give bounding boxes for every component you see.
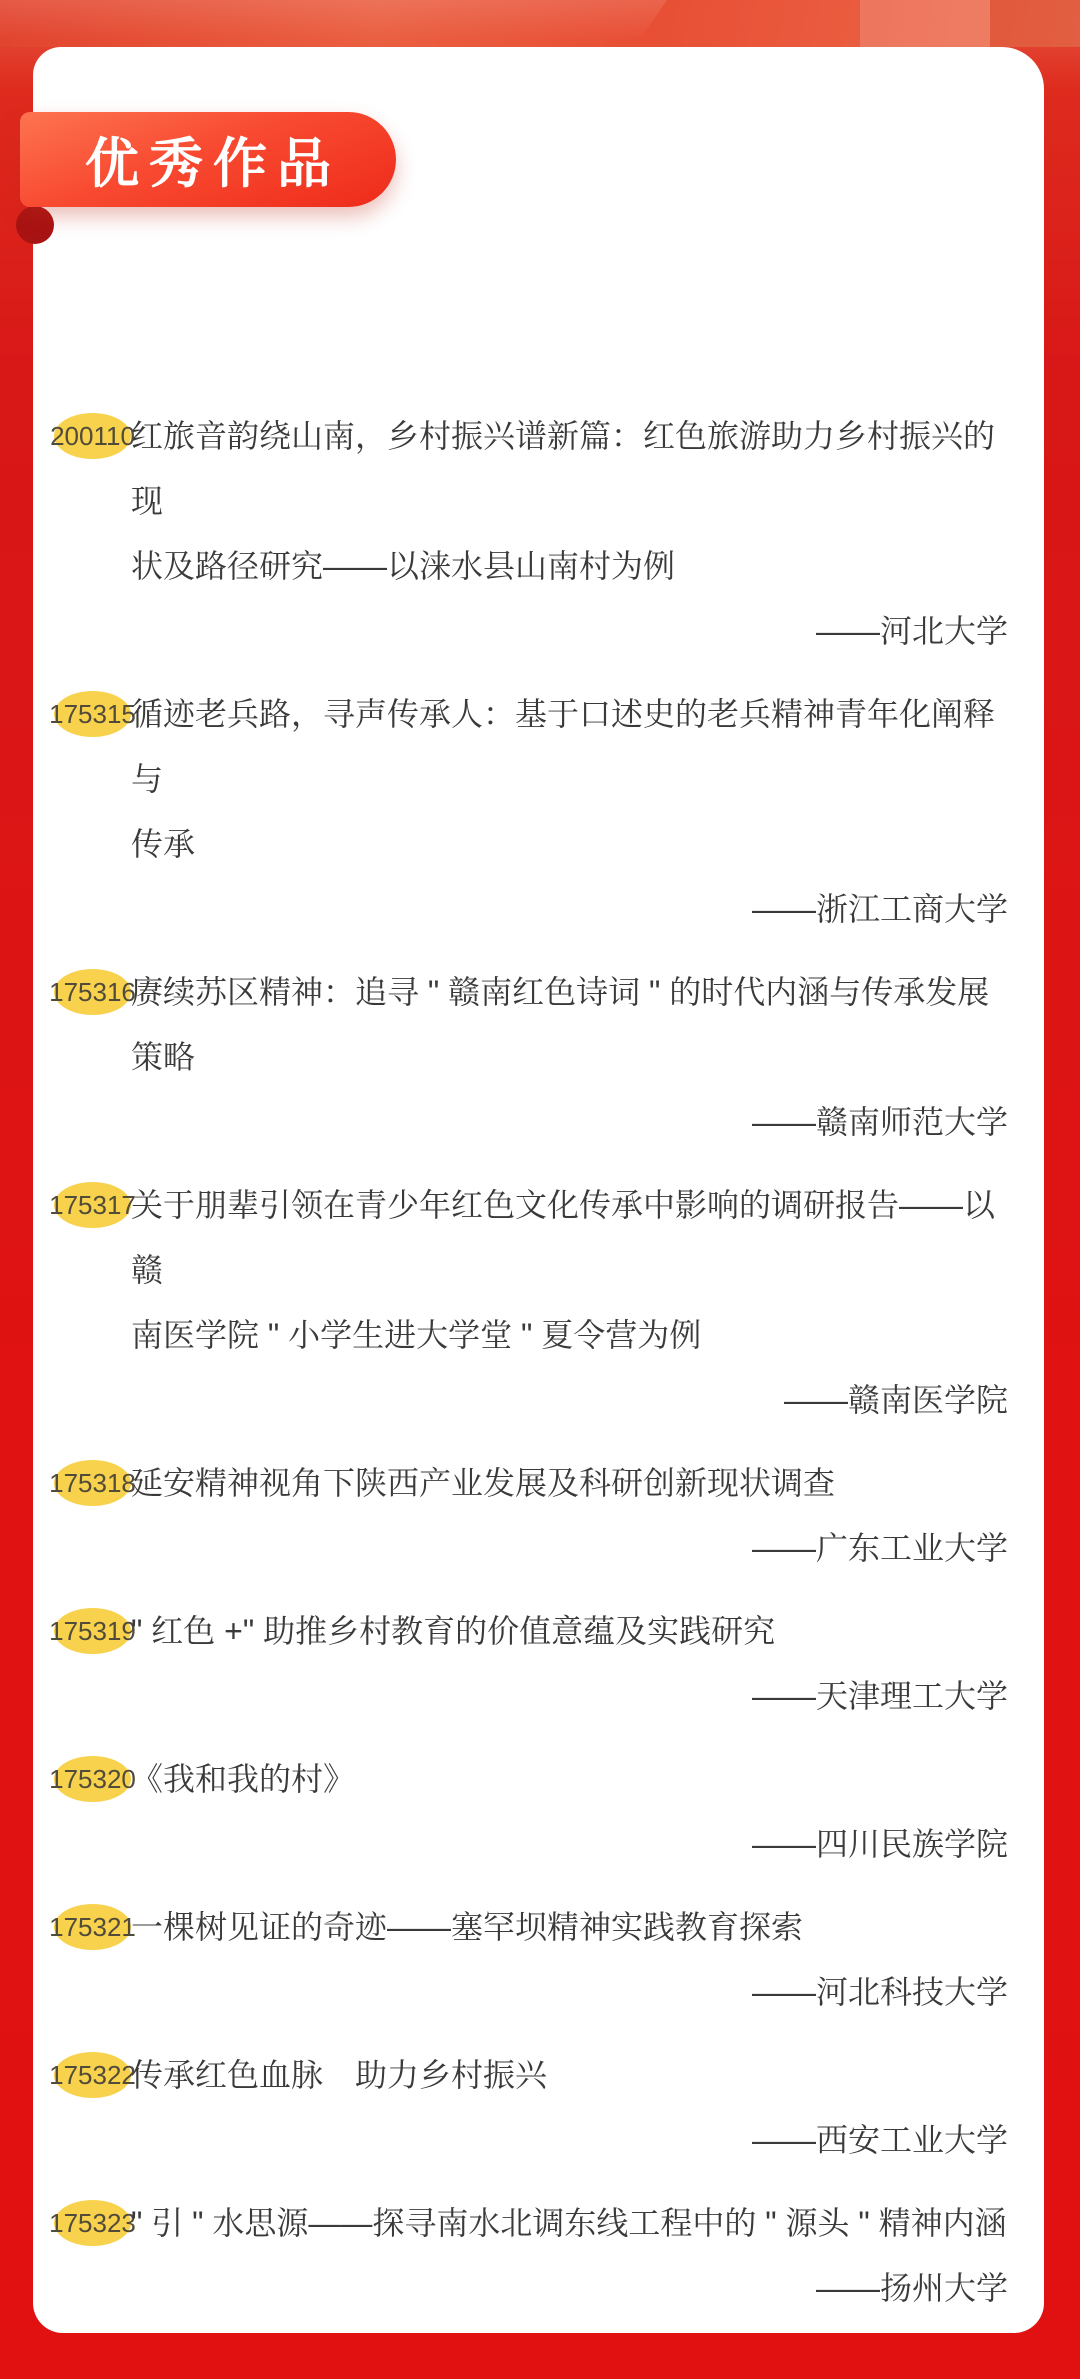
entry-id-badge: 175317 bbox=[54, 1182, 131, 1228]
section-title-ribbon: 优秀作品 bbox=[20, 112, 396, 207]
list-item: 175322 传承红色血脉 助力乡村振兴 ——西安工业大学 bbox=[33, 2043, 1044, 2173]
list-item: 175318 延安精神视角下陕西产业发展及科研创新现状调查 ——广东工业大学 bbox=[33, 1451, 1044, 1581]
entry-title: 红旅音韵绕山南，乡村振兴谱新篇：红色旅游助力乡村振兴的现 状及路径研究——以涞水… bbox=[131, 404, 1008, 599]
entry-id-column: 200110 bbox=[54, 404, 131, 664]
entry-title: " 红色 +" 助推乡村教育的价值意蕴及实践研究 bbox=[131, 1599, 1008, 1664]
list-item: 175316 赓续苏区精神：追寻 " 赣南红色诗词 " 的时代内涵与传承发展策略… bbox=[33, 960, 1044, 1155]
entry-id-badge: 175321 bbox=[54, 1904, 131, 1950]
entry-university: ——天津理工大学 bbox=[131, 1664, 1008, 1729]
entry-body: 赓续苏区精神：追寻 " 赣南红色诗词 " 的时代内涵与传承发展策略 ——赣南师范… bbox=[131, 960, 1044, 1155]
entry-university: ——西安工业大学 bbox=[131, 2108, 1008, 2173]
entry-id-column: 175320 bbox=[54, 1747, 131, 1877]
entry-university: ——河北科技大学 bbox=[131, 1960, 1008, 2025]
entry-body: " 红色 +" 助推乡村教育的价值意蕴及实践研究 ——天津理工大学 bbox=[131, 1599, 1044, 1729]
entry-title: 《我和我的村》 bbox=[131, 1747, 1008, 1812]
list-item: 175315 循迹老兵路，寻声传承人：基于口述史的老兵精神青年化阐释与 传承 —… bbox=[33, 682, 1044, 942]
entry-id-badge: 175315 bbox=[54, 691, 131, 737]
entry-university: ——河北大学 bbox=[131, 599, 1008, 664]
entry-id-badge: 175319 bbox=[54, 1608, 131, 1654]
works-list: 200110 红旅音韵绕山南，乡村振兴谱新篇：红色旅游助力乡村振兴的现 状及路径… bbox=[33, 404, 1044, 2339]
entry-title: 循迹老兵路，寻声传承人：基于口述史的老兵精神青年化阐释与 传承 bbox=[131, 682, 1008, 877]
entry-id-badge: 175320 bbox=[54, 1756, 131, 1802]
banner-light-streak bbox=[860, 0, 990, 47]
entry-title: 一棵树见证的奇迹——塞罕坝精神实践教育探索 bbox=[131, 1895, 1008, 1960]
banner-diagonal-highlight bbox=[0, 0, 681, 40]
entry-id-column: 175315 bbox=[54, 682, 131, 942]
entry-university: ——广东工业大学 bbox=[131, 1516, 1008, 1581]
list-item: 175321 一棵树见证的奇迹——塞罕坝精神实践教育探索 ——河北科技大学 bbox=[33, 1895, 1044, 2025]
entry-body: 一棵树见证的奇迹——塞罕坝精神实践教育探索 ——河北科技大学 bbox=[131, 1895, 1044, 2025]
entry-title: 传承红色血脉 助力乡村振兴 bbox=[131, 2043, 1008, 2108]
entry-id-column: 175323 bbox=[54, 2191, 131, 2321]
entry-university: ——赣南师范大学 bbox=[131, 1090, 1008, 1155]
list-item: 175323 " 引 " 水思源——探寻南水北调东线工程中的 " 源头 " 精神… bbox=[33, 2191, 1044, 2321]
list-item: 175319 " 红色 +" 助推乡村教育的价值意蕴及实践研究 ——天津理工大学 bbox=[33, 1599, 1044, 1729]
list-item: 175317 关于朋辈引领在青少年红色文化传承中影响的调研报告——以赣 南医学院… bbox=[33, 1173, 1044, 1433]
entry-title: 延安精神视角下陕西产业发展及科研创新现状调查 bbox=[131, 1451, 1008, 1516]
entry-title: " 引 " 水思源——探寻南水北调东线工程中的 " 源头 " 精神内涵 bbox=[131, 2191, 1008, 2256]
banner-dark-streak bbox=[990, 0, 1080, 47]
entry-body: 红旅音韵绕山南，乡村振兴谱新篇：红色旅游助力乡村振兴的现 状及路径研究——以涞水… bbox=[131, 404, 1044, 664]
entry-university: ——赣南医学院 bbox=[131, 1368, 1008, 1433]
entry-id-badge: 200110 bbox=[54, 413, 131, 459]
top-banner bbox=[0, 0, 1080, 47]
entry-id-badge: 175323 bbox=[54, 2200, 131, 2246]
entry-body: 传承红色血脉 助力乡村振兴 ——西安工业大学 bbox=[131, 2043, 1044, 2173]
entry-id-column: 175321 bbox=[54, 1895, 131, 2025]
entry-id-column: 175317 bbox=[54, 1173, 131, 1433]
entry-id-column: 175316 bbox=[54, 960, 131, 1155]
entry-body: 循迹老兵路，寻声传承人：基于口述史的老兵精神青年化阐释与 传承 ——浙江工商大学 bbox=[131, 682, 1044, 942]
ribbon-fold bbox=[16, 206, 54, 244]
entry-body: 延安精神视角下陕西产业发展及科研创新现状调查 ——广东工业大学 bbox=[131, 1451, 1044, 1581]
entry-university: ——浙江工商大学 bbox=[131, 877, 1008, 942]
entry-id-column: 175318 bbox=[54, 1451, 131, 1581]
entry-university: ——扬州大学 bbox=[131, 2256, 1008, 2321]
section-title: 优秀作品 bbox=[75, 121, 341, 198]
entry-id-column: 175319 bbox=[54, 1599, 131, 1729]
entry-id-badge: 175316 bbox=[54, 969, 131, 1015]
list-item: 200110 红旅音韵绕山南，乡村振兴谱新篇：红色旅游助力乡村振兴的现 状及路径… bbox=[33, 404, 1044, 664]
entry-body: 关于朋辈引领在青少年红色文化传承中影响的调研报告——以赣 南医学院 " 小学生进… bbox=[131, 1173, 1044, 1433]
entry-id-badge: 175322 bbox=[54, 2052, 131, 2098]
list-item: 175320 《我和我的村》 ——四川民族学院 bbox=[33, 1747, 1044, 1877]
entry-body: 《我和我的村》 ——四川民族学院 bbox=[131, 1747, 1044, 1877]
entry-id-badge: 175318 bbox=[54, 1460, 131, 1506]
entry-id-column: 175322 bbox=[54, 2043, 131, 2173]
entry-title: 关于朋辈引领在青少年红色文化传承中影响的调研报告——以赣 南医学院 " 小学生进… bbox=[131, 1173, 1008, 1368]
entry-body: " 引 " 水思源——探寻南水北调东线工程中的 " 源头 " 精神内涵 ——扬州… bbox=[131, 2191, 1044, 2321]
entry-title: 赓续苏区精神：追寻 " 赣南红色诗词 " 的时代内涵与传承发展策略 bbox=[131, 960, 1008, 1090]
entry-university: ——四川民族学院 bbox=[131, 1812, 1008, 1877]
